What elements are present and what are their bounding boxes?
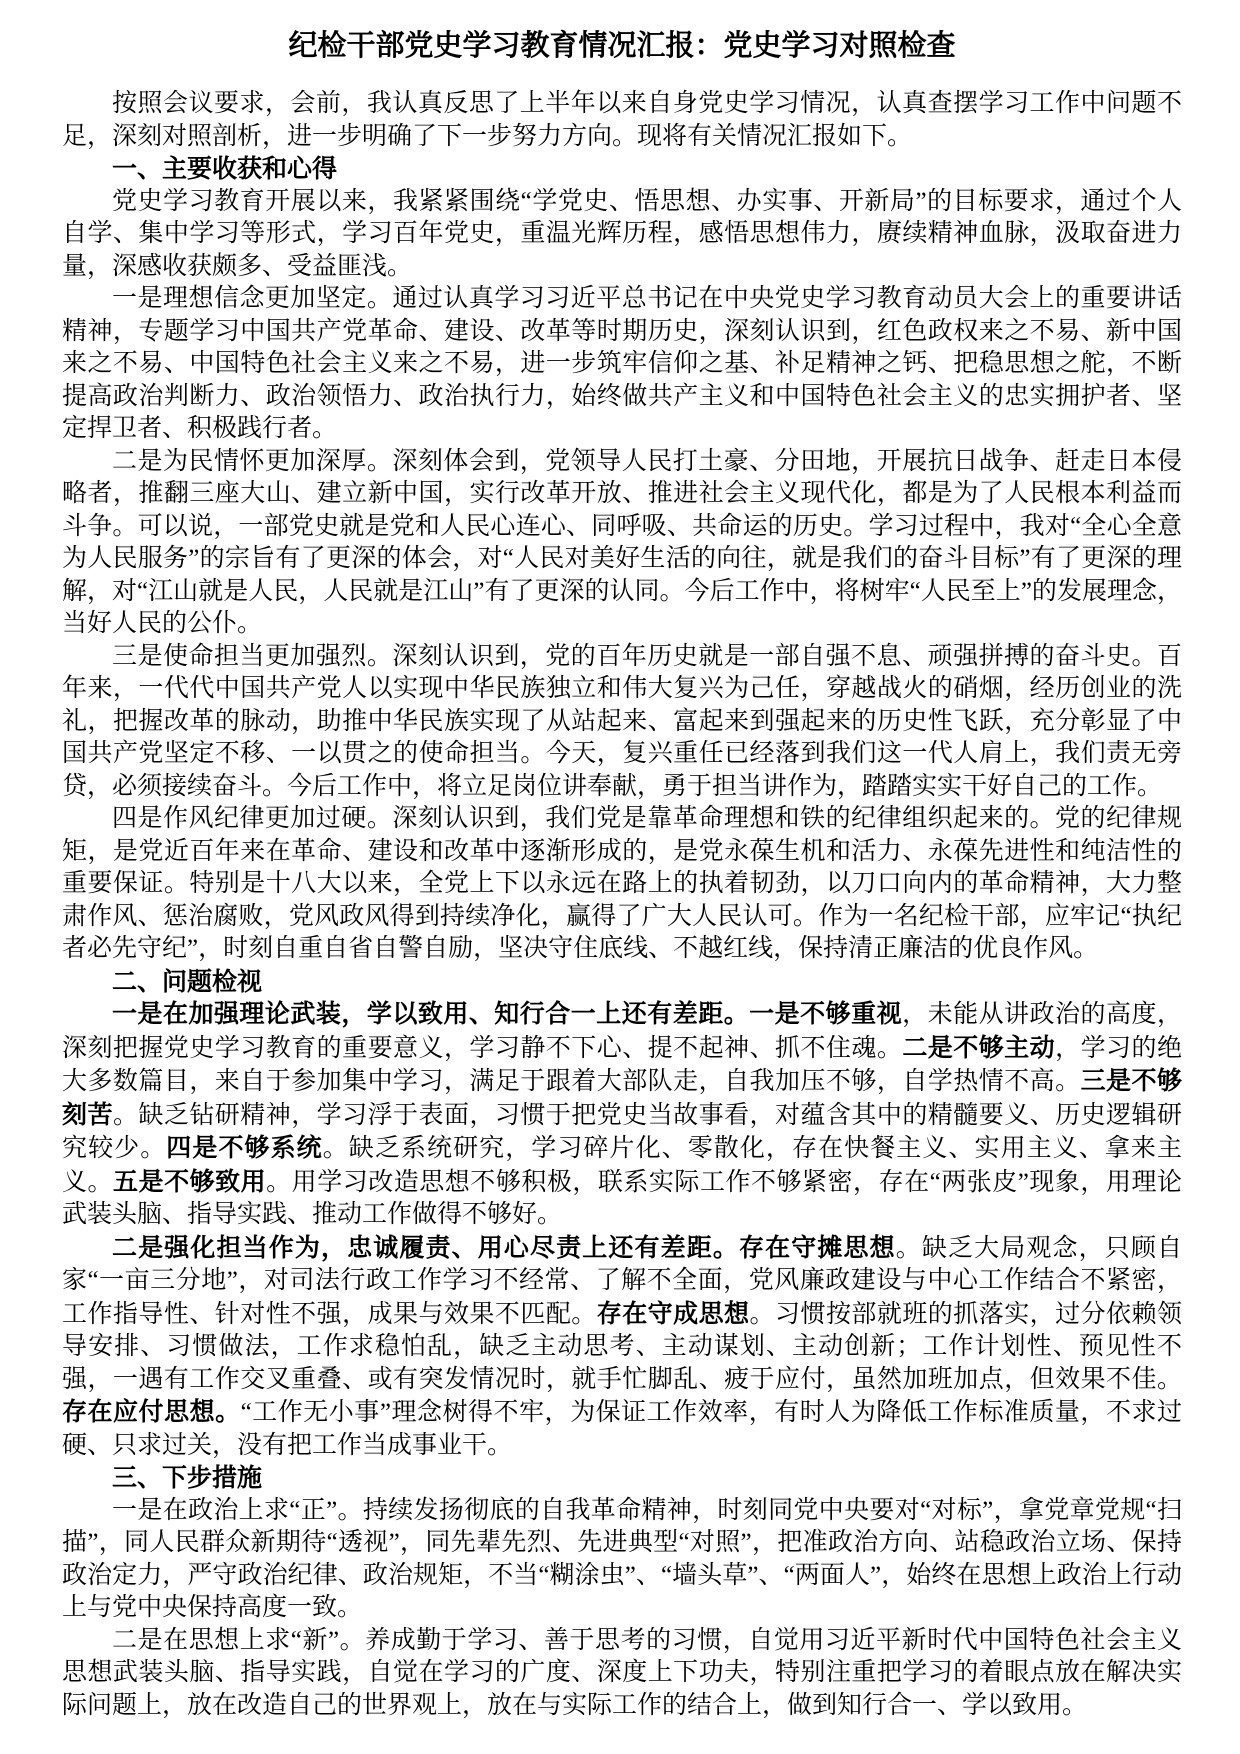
text-run: 一是在政治上求“正”。持续发扬彻底的自我革命精神，时刻同党中央要对“对标”，拿党… (62, 1497, 1182, 1622)
paragraph: 四是作风纪律更加过硬。深刻认识到，我们党是靠革命理想和铁的纪律组织起来的。党的纪… (62, 803, 1182, 966)
paragraph: 二是在思想上求“新”。养成勤于学习、善于思考的习惯，自觉用习近平新时代中国特色社… (62, 1625, 1182, 1723)
bold-text-run: 二是不够主动 (902, 1034, 1055, 1062)
text-run: 三是使命担当更加强烈。深刻认识到，党的百年历史就是一部自强不息、顽强拼搏的奋斗史… (62, 643, 1182, 800)
paragraph: 按照会议要求，会前，我认真反思了上半年以来自身党史学习情况，认真查摆学习工作中问… (62, 88, 1182, 153)
document-body: 按照会议要求，会前，我认真反思了上半年以来自身党史学习情况，认真查摆学习工作中问… (62, 88, 1182, 1722)
document-page: 纪检干部党史学习教育情况汇报：党史学习对照检查 按照会议要求，会前，我认真反思了… (0, 0, 1240, 1754)
text-run: 四是作风纪律更加过硬。深刻认识到，我们党是靠革命理想和铁的纪律组织起来的。党的纪… (62, 805, 1182, 962)
text-run: 二是在思想上求“新”。养成勤于学习、善于思考的习惯，自觉用习近平新时代中国特色社… (62, 1627, 1182, 1719)
section-heading: 一、主要收获和心得 (62, 153, 1182, 186)
section-heading: 三、下步措施 (62, 1462, 1182, 1495)
paragraph: 一是在政治上求“正”。持续发扬彻底的自我革命精神，时刻同党中央要对“对标”，拿党… (62, 1495, 1182, 1625)
paragraph: 三是使命担当更加强烈。深刻认识到，党的百年历史就是一部自强不息、顽强拼搏的奋斗史… (62, 641, 1182, 804)
paragraph: 一是在加强理论武装，学以致用、知行合一上还有差距。一是不够重视，未能从讲政治的高… (62, 998, 1182, 1232)
bold-text-run: 存在应付思想。 (62, 1398, 241, 1426)
text-run: 按照会议要求，会前，我认真反思了上半年以来自身党史学习情况，认真查摆学习工作中问… (62, 90, 1182, 150)
document-title: 纪检干部党史学习教育情况汇报：党史学习对照检查 (62, 26, 1182, 66)
text-run: 一是理想信念更加坚定。通过认真学习习近平总书记在中央党史学习教育动员大会上的重要… (62, 285, 1182, 442)
bold-text-run: 二是强化担当作为，忠诚履责、用心尽责上还有差距。存在守摊思想 (112, 1234, 896, 1262)
bold-text-run: 存在守成思想 (597, 1300, 750, 1328)
bold-text-run: 四是不够系统 (166, 1134, 322, 1162)
text-run: 二是为民情怀更加深厚。深刻体会到，党领导人民打土豪、分田地，开展抗日战争、赶走日… (62, 448, 1182, 638)
bold-text-run: 三、下步措施 (112, 1464, 262, 1492)
bold-text-run: 二、问题检视 (112, 968, 262, 996)
paragraph: 二是为民情怀更加深厚。深刻体会到，党领导人民打土豪、分田地，开展抗日战争、赶走日… (62, 446, 1182, 641)
paragraph: 一是理想信念更加坚定。通过认真学习习近平总书记在中央党史学习教育动员大会上的重要… (62, 283, 1182, 446)
bold-text-run: 五是不够致用 (113, 1168, 266, 1196)
section-heading: 二、问题检视 (62, 966, 1182, 999)
text-run: 党史学习教育开展以来，我紧紧围绕“学党史、悟思想、办实事、开新局”的目标要求，通… (62, 188, 1182, 280)
bold-text-run: 一是在加强理论武装，学以致用、知行合一上还有差距。一是不够重视 (112, 1000, 902, 1028)
paragraph: 二是强化担当作为，忠诚履责、用心尽责上还有差距。存在守摊思想。缺乏大局观念，只顾… (62, 1232, 1182, 1463)
paragraph: 党史学习教育开展以来，我紧紧围绕“学党史、悟思想、办实事、开新局”的目标要求，通… (62, 186, 1182, 284)
bold-text-run: 一、主要收获和心得 (112, 155, 337, 183)
